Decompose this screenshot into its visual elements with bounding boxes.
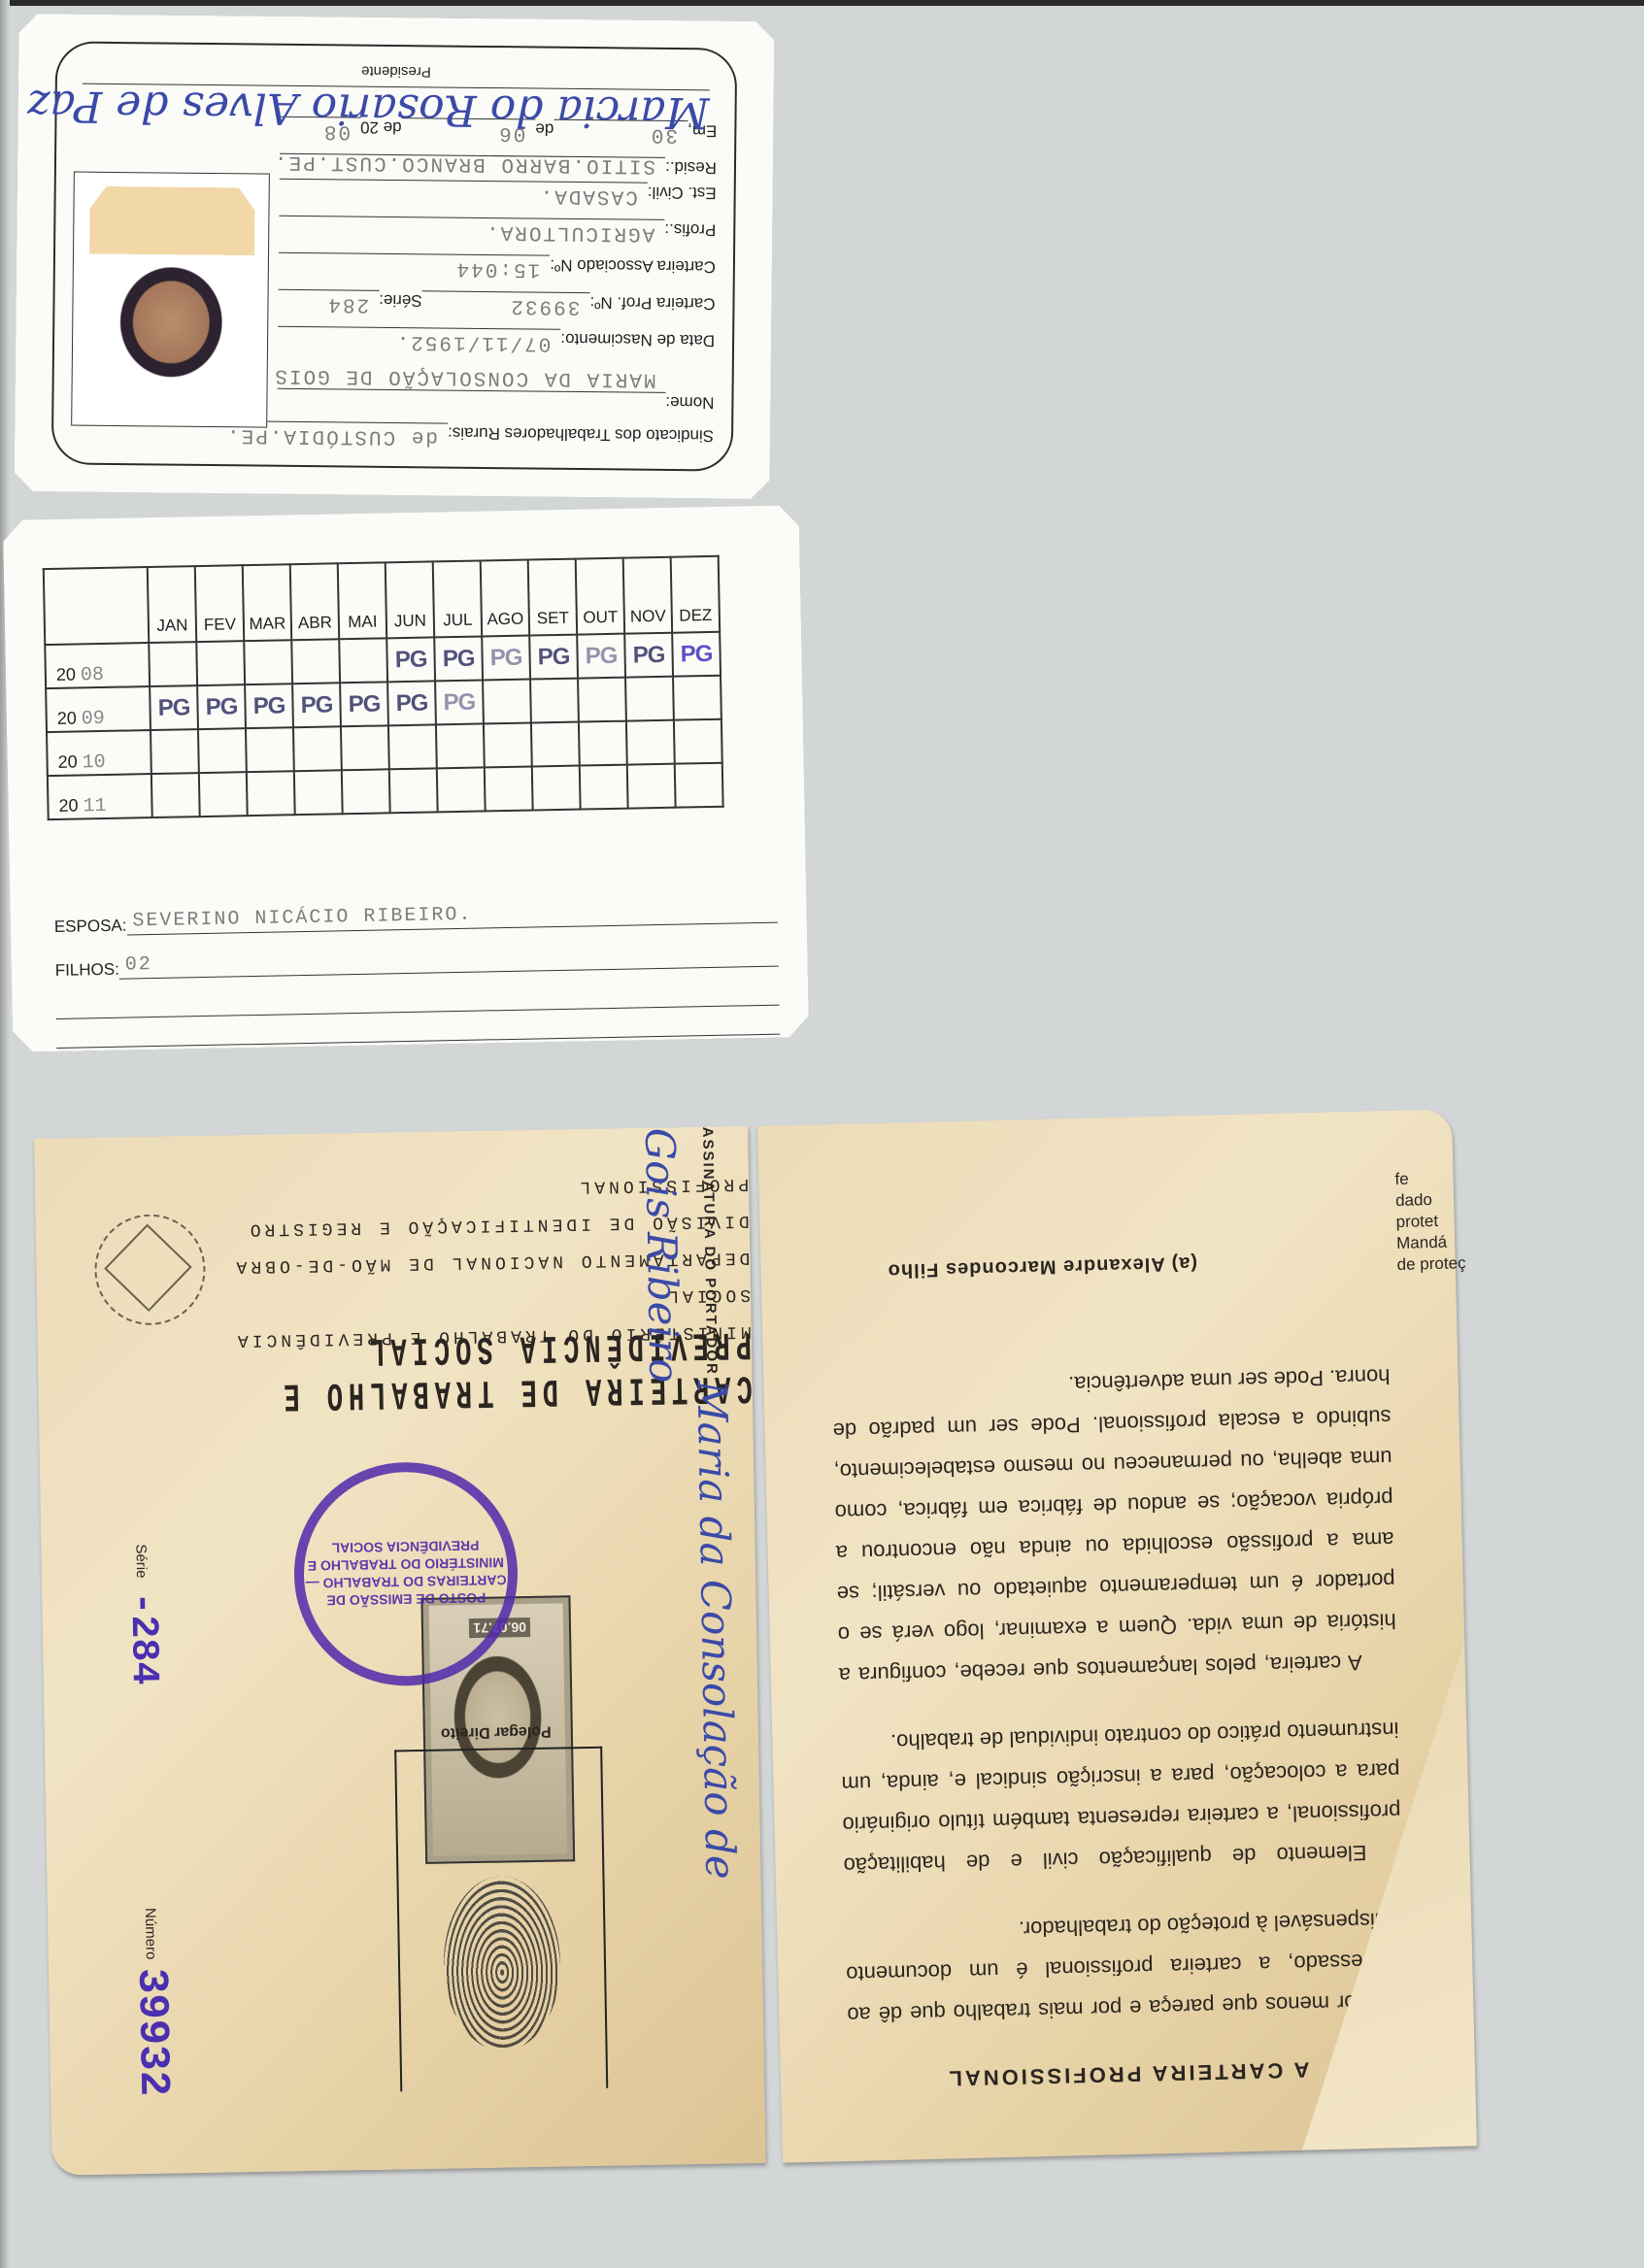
- field-label: Carteira Prof. Nº:: [589, 292, 715, 313]
- thumb-label: Polegar Direito: [394, 1721, 598, 1743]
- coat-of-arms-icon: [93, 1214, 206, 1326]
- signature-label: ASSINATURA DO PORTADOR: [699, 1127, 720, 1376]
- paid-stamp: PG: [490, 644, 522, 671]
- field-value: SITIO.BARRO BRANCO.CUST.PE.: [273, 150, 655, 177]
- union-member-card: Sindicato dos Trabalhadores Rurais: de C…: [14, 14, 774, 499]
- member-photo: [87, 186, 254, 414]
- paid-stamp: PG: [632, 641, 664, 668]
- month-header-jun: JUN: [386, 561, 434, 638]
- payment-cell: [246, 727, 294, 772]
- scanner-edge: [0, 0, 1644, 6]
- payment-cell: PG: [340, 682, 388, 726]
- paid-stamp: PG: [205, 693, 237, 720]
- payment-cell: [436, 723, 485, 768]
- paragraph: Por menos que pareça e por mais trabalho…: [845, 1899, 1406, 2035]
- payment-cell: [580, 765, 628, 810]
- payment-cell: [151, 773, 200, 817]
- field-label: Nome:: [665, 392, 714, 413]
- month-header-out: OUT: [576, 558, 624, 635]
- paid-stamp: PG: [348, 690, 380, 717]
- field-nome: Nome: MARIA DA CONSOLAÇÃO DE GOIS RIBEIR…: [277, 388, 714, 416]
- thumbprint: [442, 1876, 561, 2052]
- paid-stamp: PG: [680, 640, 712, 667]
- serie-field: Série -284: [118, 1545, 165, 1686]
- field-value: 284: [326, 292, 369, 315]
- month-header-set: SET: [528, 559, 577, 636]
- booklet-left-page: MINISTÉRIO DO TRABALHO E PREVIDÊNCIA SOC…: [34, 1126, 766, 2176]
- stamp-text: POSTO DE EMISSÃO DE CARTEIRAS DO TRABALH…: [303, 1536, 508, 1610]
- payment-cell: [531, 722, 580, 767]
- payment-cell: PG: [672, 632, 721, 677]
- payment-cell: PG: [529, 635, 578, 680]
- payment-cell: PG: [292, 683, 341, 727]
- holder-signature-area: ASSINATURA DO PORTADOR Maria da Consolaç…: [636, 1126, 745, 1913]
- payment-cell: [673, 676, 721, 720]
- paid-stamp: PG: [395, 689, 427, 717]
- paid-stamp: PG: [586, 642, 618, 669]
- signed-by: (a) Alexandre Marcondes Filho: [887, 1251, 1197, 1282]
- month-header-abr: ABR: [290, 563, 339, 640]
- paid-stamp: PG: [157, 694, 189, 721]
- field-value: 07/11/1952.: [395, 330, 552, 354]
- folded-text-line: de proteç: [1396, 1252, 1475, 1276]
- numero-value: 39932: [126, 1967, 177, 2096]
- paragraph: A carteira, pelos lançamentos que recebe…: [831, 1355, 1397, 1695]
- field-carteira-associado: Carteira Associado Nº: 15:044: [279, 252, 716, 280]
- payment-cell: PG: [197, 684, 246, 729]
- paid-stamp: PG: [443, 688, 475, 716]
- payment-cell: [483, 680, 531, 724]
- field-filhos: FILHOS: 02: [54, 943, 778, 981]
- page-body: Por menos que pareça e por mais trabalho…: [830, 1328, 1405, 2035]
- payment-grid: JANFEVMARABRMAIJUNJULAGOSETOUTNOVDEZ 20 …: [43, 555, 724, 820]
- payment-cell: [627, 764, 676, 809]
- paid-stamp: PG: [300, 691, 332, 718]
- payment-cell: [675, 763, 723, 808]
- payment-cell: [198, 728, 247, 773]
- year-label: 20 10: [47, 730, 151, 776]
- field-value: 15:044: [455, 257, 541, 281]
- field-esposa: ESPOSA: SEVERINO NICÁCIO RIBEIRO.: [54, 899, 778, 937]
- payment-cell: [291, 639, 340, 684]
- payment-cell: [151, 729, 199, 774]
- esposa-label: ESPOSA:: [54, 917, 127, 937]
- payment-cell: PG: [624, 633, 673, 678]
- payment-cell: PG: [245, 684, 293, 728]
- month-header-mai: MAI: [338, 562, 386, 639]
- field-value: CASADA.: [538, 184, 637, 208]
- thumbprint-box: [394, 1747, 608, 2092]
- field-label: Série:: [379, 290, 422, 310]
- field-label: Est. Civil:: [648, 183, 717, 203]
- month-header-mar: MAR: [243, 564, 291, 641]
- field-label: Resid.:: [665, 157, 717, 178]
- payment-cell: PG: [482, 636, 530, 681]
- numero-label: Número: [142, 1908, 159, 1960]
- work-booklet: MINISTÉRIO DO TRABALHO E PREVIDÊNCIA SOC…: [34, 1126, 1457, 2163]
- serie-value: -284: [119, 1592, 165, 1686]
- payment-cell: [626, 720, 675, 765]
- payment-cell: [530, 679, 579, 723]
- folded-corner-text: fedadoprotetMandáde proteç: [1394, 1167, 1475, 1276]
- folded-text-line: dado: [1395, 1188, 1474, 1212]
- field-nascimento: Data de Nascimento: 07/11/1952.: [278, 326, 715, 353]
- booklet-right-page: 4 A CARTEIRA PROFISSIONAL Por menos que …: [757, 1110, 1477, 2163]
- field-label: Profis.:: [664, 219, 716, 240]
- month-header-nov: NOV: [623, 557, 672, 634]
- payment-cell: [247, 771, 295, 816]
- month-header-jul: JUL: [433, 560, 482, 637]
- month-header-ago: AGO: [481, 560, 529, 637]
- payment-cell: [388, 724, 437, 769]
- filhos-label: FILHOS:: [55, 960, 119, 981]
- field-label: Sindicato dos Trabalhadores Rurais:: [448, 423, 714, 446]
- scanner-shadow: [0, 0, 10, 2268]
- payment-record-card: JANFEVMARABRMAIJUNJULAGOSETOUTNOVDEZ 20 …: [3, 505, 809, 1052]
- field-residencia: Resid.: SITIO.BARRO BRANCO.CUST.PE.: [280, 153, 717, 181]
- payment-cell: [579, 721, 627, 766]
- month-header-jan: JAN: [148, 566, 196, 643]
- field-value: AGRICULTORA.: [485, 220, 654, 245]
- field-estado-civil: Est. Civil: CASADA.: [280, 179, 717, 206]
- field-label: Carteira Associado Nº:: [550, 255, 716, 277]
- payment-cell: [149, 642, 197, 686]
- esposa-value: SEVERINO NICÁCIO RIBEIRO.: [132, 904, 472, 933]
- field-carteira-prof: Carteira Prof. Nº: 39932 Série: 284: [278, 289, 715, 317]
- folded-text-line: protet: [1395, 1210, 1474, 1233]
- month-header-dez: DEZ: [671, 556, 720, 633]
- month-header-fev: FEV: [195, 565, 244, 642]
- payment-cell: [339, 638, 387, 683]
- paid-stamp: PG: [538, 643, 570, 670]
- corner-cell: [44, 567, 149, 645]
- paid-stamp: PG: [395, 646, 427, 673]
- payment-cell: PG: [150, 685, 198, 730]
- paid-stamp: PG: [252, 692, 285, 719]
- year-label: 20 09: [46, 686, 151, 732]
- payment-cell: [341, 725, 389, 770]
- payment-cell: [342, 769, 390, 814]
- paid-stamp: PG: [443, 645, 475, 672]
- year-label: 20 11: [48, 774, 152, 819]
- filhos-value: 02: [125, 953, 152, 977]
- folded-text-line: fe: [1394, 1167, 1473, 1190]
- payment-cell: [485, 767, 533, 812]
- payment-cell: [244, 640, 292, 684]
- payment-cell: [484, 723, 532, 768]
- payment-cell: PG: [386, 637, 435, 682]
- field-value: 39932: [509, 294, 580, 317]
- numero-field: Número 39932: [125, 1908, 177, 2097]
- payment-cell: [196, 641, 245, 685]
- field-label: Data de Nascimento:: [560, 329, 715, 350]
- field-profissao: Profis.: AGRICULTORA.: [279, 216, 716, 243]
- month-header-row: JANFEVMARABRMAIJUNJULAGOSETOUTNOVDEZ: [44, 556, 720, 645]
- year-label: 20 08: [45, 643, 150, 688]
- payment-cell: [578, 678, 626, 722]
- payment-cell: [199, 772, 248, 817]
- payment-cell: PG: [434, 636, 483, 681]
- payment-cell: PG: [435, 680, 484, 724]
- holder-signature: Maria da Consolação de Gois Ribeiro: [636, 1127, 745, 1880]
- payment-cell: [294, 770, 343, 815]
- payment-cell: [532, 766, 581, 811]
- payment-cell: [674, 719, 722, 764]
- folded-text-line: Mandá: [1396, 1231, 1475, 1254]
- payment-cell: [389, 768, 438, 813]
- payment-cell: [625, 677, 674, 721]
- payment-cell: PG: [577, 634, 625, 679]
- paragraph: Elemento de qualificação civil e de habi…: [840, 1709, 1402, 1885]
- payment-cell: PG: [387, 681, 436, 725]
- member-photo-frame: [71, 172, 270, 428]
- serie-label: Série: [132, 1545, 150, 1579]
- payment-cell: [437, 767, 486, 812]
- payment-cell: [293, 726, 342, 771]
